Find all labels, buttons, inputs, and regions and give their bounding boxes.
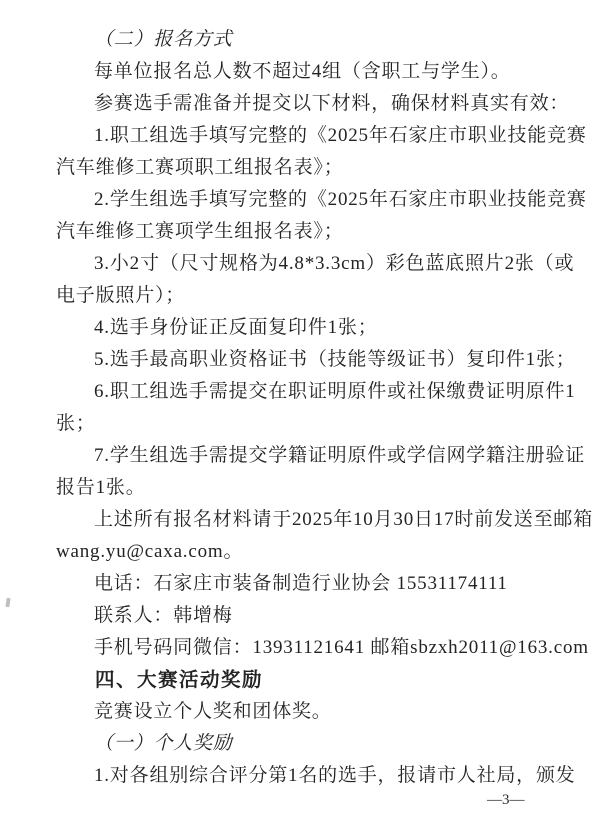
list-item-2-student-form: 2.学生组选手填写完整的《2025年石家庄市职业技能竞赛 — [56, 184, 576, 216]
document-body: （二）报名方式 每单位报名总人数不超过4组（含职工与学生）。 参赛选手需准备并提… — [56, 24, 576, 792]
scan-speckle-artifact — [5, 598, 10, 607]
deadline-line: 上述所有报名材料请于2025年10月30日17时前发送至邮箱 — [56, 504, 576, 536]
document-page: （二）报名方式 每单位报名总人数不超过4组（含职工与学生）。 参赛选手需准备并提… — [0, 0, 603, 830]
mobile-wechat-email-line: 手机号码同微信：13931121641 邮箱sbzxh2011@163.com — [56, 632, 576, 664]
paragraph-continuation-line: 电子版照片）； — [56, 280, 576, 312]
paragraph-continuation-line: 张； — [56, 408, 576, 440]
paragraph-continuation-line: 报告1张。 — [56, 472, 576, 504]
contact-person-line: 联系人：韩增梅 — [56, 600, 576, 632]
paragraph-continuation-line: 汽车维修工赛项职工组报名表》； — [56, 152, 576, 184]
paragraph-continuation-line: 汽车维修工赛项学生组报名表》； — [56, 216, 576, 248]
subsection-heading-registration-method: （二）报名方式 — [56, 24, 576, 56]
page-number: —3— — [487, 792, 525, 809]
section-heading-awards: 四、大赛活动奖励 — [56, 664, 576, 696]
list-item-5-certificate-copy: 5.选手最高职业资格证书（技能等级证书）复印件1张； — [56, 344, 576, 376]
list-item-7-student-proof: 7.学生组选手需提交学籍证明原件或学信网学籍注册验证 — [56, 440, 576, 472]
phone-line: 电话：石家庄市装备制造行业协会 15531174111 — [56, 568, 576, 600]
list-item-1-first-place: 1.对各组别综合评分第1名的选手，报请市人社局，颁发 — [56, 760, 576, 792]
email-address-line: wang.yu@caxa.com。 — [56, 536, 576, 568]
list-item-4-id-copy: 4.选手身份证正反面复印件1张； — [56, 312, 576, 344]
paragraph-line: 每单位报名总人数不超过4组（含职工与学生）。 — [56, 56, 576, 88]
subsection-heading-individual-awards: （一）个人奖励 — [56, 728, 576, 760]
list-item-1-worker-form: 1.职工组选手填写完整的《2025年石家庄市职业技能竞赛 — [56, 120, 576, 152]
paragraph-line: 竞赛设立个人奖和团体奖。 — [56, 696, 576, 728]
list-item-6-employment-proof: 6.职工组选手需提交在职证明原件或社保缴费证明原件1 — [56, 376, 576, 408]
list-item-3-photos: 3.小2寸（尺寸规格为4.8*3.3cm）彩色蓝底照片2张（或 — [56, 248, 576, 280]
paragraph-line: 参赛选手需准备并提交以下材料，确保材料真实有效： — [56, 88, 576, 120]
